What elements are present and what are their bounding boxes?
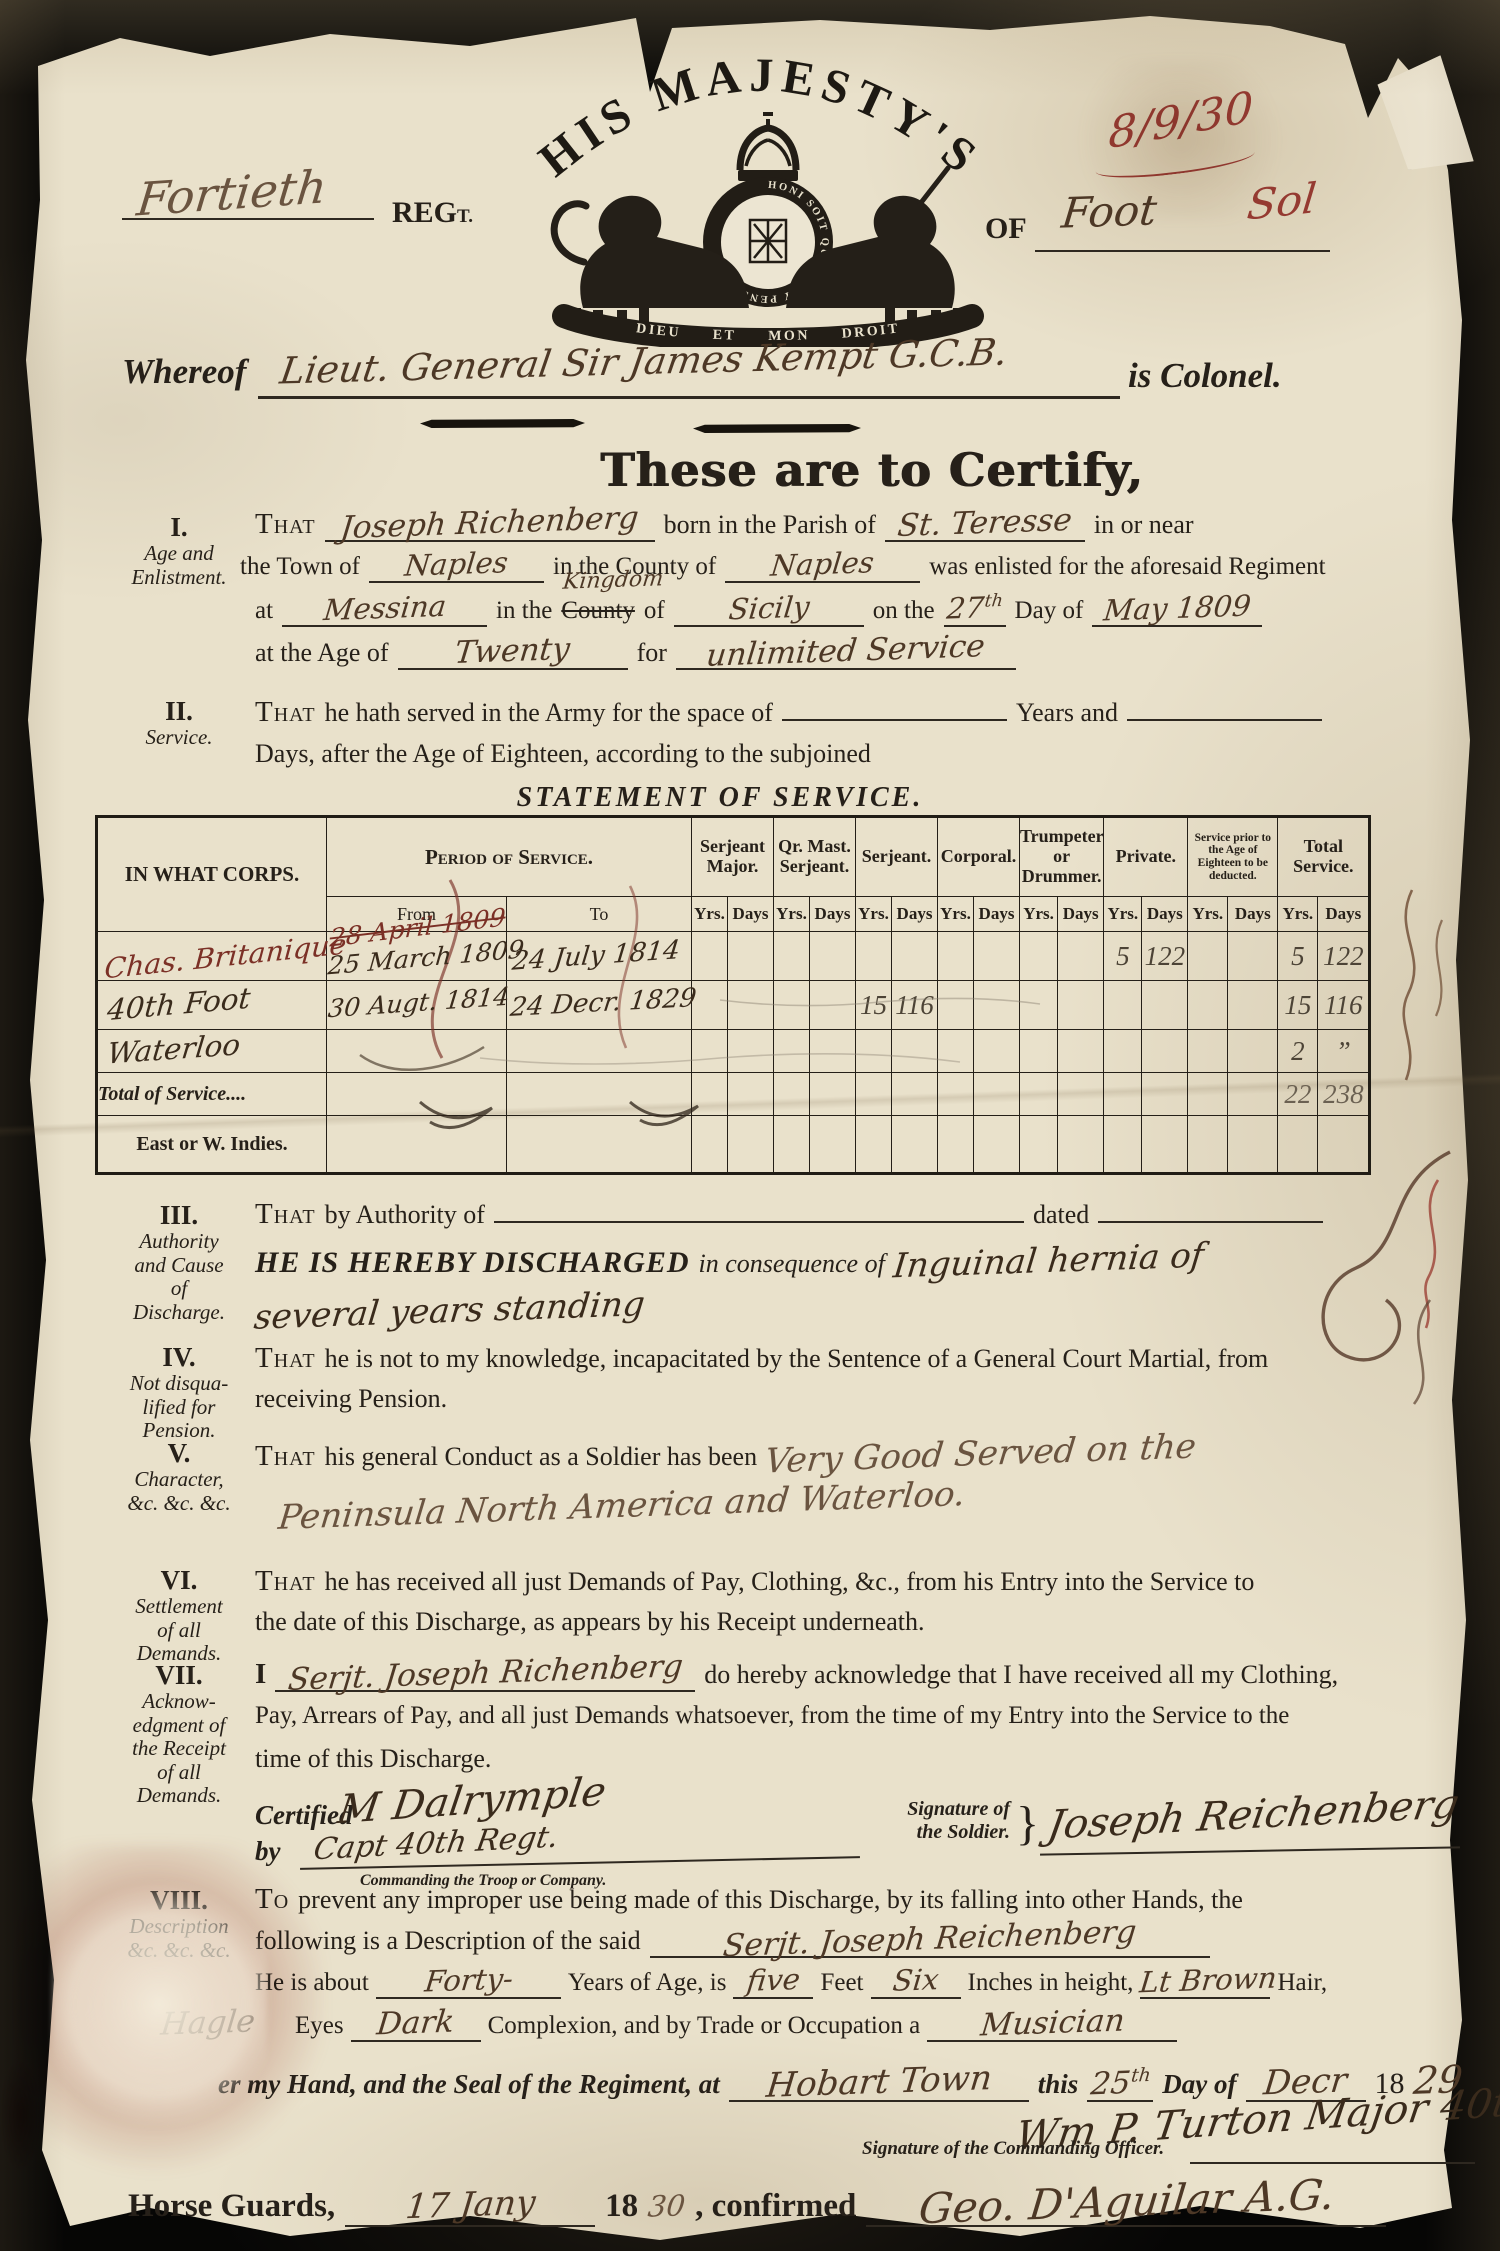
officer-signature-underline xyxy=(1190,2162,1475,2164)
total-days: ” xyxy=(1318,1030,1370,1073)
whereof-underline xyxy=(258,396,1120,399)
section-7-number: VII. xyxy=(108,1660,250,1690)
discharged-label: HE IS HEREBY DISCHARGED xyxy=(255,1246,690,1280)
soldier-signature-handwritten: Joseph Reichenberg xyxy=(1045,1785,1462,1844)
section-5-line-2: Peninsula North America and Waterloo. xyxy=(280,1490,964,1522)
age-handwritten: Twenty xyxy=(454,635,572,668)
trade-handwritten: Musician xyxy=(979,2007,1126,2041)
soldier-signature-underline xyxy=(1040,1846,1460,1855)
that-word: That xyxy=(255,1342,316,1375)
section-6-label-1: Settlement xyxy=(108,1595,250,1619)
certify-heading: These are to Certify, xyxy=(600,443,1143,497)
officer-signature-label: Signature of the Commanding Officer. xyxy=(862,2138,1164,2160)
sig-label-line-2: the Soldier. xyxy=(917,1821,1010,1843)
section-3-number: III. xyxy=(108,1200,250,1230)
empty-cell xyxy=(1142,1030,1188,1073)
grand-total-days: 238 xyxy=(1318,1073,1370,1116)
horse-guards-line: Horse Guards, 17 Jany 18 30 , confirmed … xyxy=(128,2182,1386,2227)
section-8-margin-label: VIII. Description &c. &c. &c. xyxy=(108,1885,250,1962)
described-age-handwritten: Forty- xyxy=(423,1965,514,1996)
by-authority-label: by Authority of xyxy=(325,1200,485,1230)
discharge-cause-handwritten-2: several years standing xyxy=(252,1288,646,1334)
section-1-margin-label: I. Age and Enlistment. xyxy=(108,512,250,589)
section-2-margin-label: II. Service. xyxy=(108,696,250,750)
day-of-label: Day of xyxy=(1015,597,1084,625)
years-blank xyxy=(782,719,1007,721)
corps-entry-handwritten: Waterloo xyxy=(106,1031,242,1068)
section-3-label-1: Authority xyxy=(108,1230,250,1254)
regt-label: REG T. xyxy=(392,196,473,230)
empty-cell xyxy=(1142,1116,1188,1174)
regiment-underline xyxy=(122,218,374,220)
brace: } xyxy=(1016,1796,1039,1851)
crown-icon xyxy=(738,114,798,181)
red-sol-annotation: Sol xyxy=(1245,179,1318,226)
court-martial-text: he is not to my knowledge, incapacitated… xyxy=(325,1344,1269,1374)
section-8-line-4: Hagle Eyes Dark Complexion, and by Trade… xyxy=(128,2009,1177,2042)
at-label: at xyxy=(255,597,273,625)
empty-cell xyxy=(1188,1073,1228,1116)
feet-handwritten: five xyxy=(745,1966,801,1995)
group-total-service: Total Service. xyxy=(1278,817,1370,897)
term-handwritten: unlimited Service xyxy=(705,632,986,671)
section-5-line-1: That his general Conduct as a Soldier ha… xyxy=(255,1438,1195,1473)
section-8-line-1: To prevent any improper use being made o… xyxy=(255,1883,1243,1916)
regt-main: REG xyxy=(392,196,457,230)
section-7-label-2: edgment of xyxy=(108,1714,250,1738)
colonel-name-handwritten: Lieut. General Sir James Kempt G.C.B. xyxy=(278,335,1010,389)
section-8-label-1: Description xyxy=(108,1915,250,1939)
days-header: Days xyxy=(1318,897,1370,932)
region-handwritten: Sicily xyxy=(727,593,811,623)
empty-cell xyxy=(1228,1073,1278,1116)
section-5-label-1: Character, xyxy=(108,1468,250,1492)
section-2-label-1: Service. xyxy=(108,726,250,750)
section-1-label-2: Enlistment. xyxy=(108,566,250,590)
days-header: Days xyxy=(1228,897,1278,932)
section-7-label-3: the Receipt xyxy=(108,1737,250,1761)
empty-cell xyxy=(1188,1030,1228,1073)
section-3-line-3: several years standing xyxy=(255,1295,644,1327)
empty-cell xyxy=(1188,981,1228,1030)
section-5-number: V. xyxy=(108,1438,250,1468)
empty-cell xyxy=(1188,1116,1228,1174)
he-is-about-label: He is about xyxy=(255,1969,369,1997)
group-service-prior: Service prior to the Age of Eighteen to … xyxy=(1188,817,1278,897)
subjoined-label: Days, after the Age of Eighteen, accordi… xyxy=(255,739,871,769)
section-4-line-1: That he is not to my knowledge, incapaci… xyxy=(255,1342,1268,1375)
acknowledge-name-handwritten: Serjt. Joseph Richenberg xyxy=(286,1652,684,1695)
total-of-service-label: Total of Service.... xyxy=(97,1073,327,1116)
section-1-line-2: the Town of Naples in the County of Napl… xyxy=(240,551,1326,583)
section-1-number: I. xyxy=(108,512,250,542)
section-7-line-3: time of this Discharge. xyxy=(255,1744,491,1774)
this-label: this xyxy=(1038,2069,1079,2100)
description-text-1: prevent any improper use being made of t… xyxy=(298,1885,1243,1915)
days-header: Days xyxy=(1142,897,1188,932)
parish-handwritten: St. Teresse xyxy=(896,506,1073,541)
total-days: 122 xyxy=(1318,932,1370,981)
section-8-number: VIII. xyxy=(108,1885,250,1915)
receipt-underneath-text: the date of this Discharge, as appears b… xyxy=(255,1607,925,1637)
days-blank xyxy=(1127,719,1322,721)
hg-year-prefix: 18 xyxy=(605,2188,638,2225)
in-or-near-label: in or near xyxy=(1094,510,1194,540)
yrs-header: Yrs. xyxy=(1278,897,1318,932)
section-7-line-2: Pay, Arrears of Pay, and all just Demand… xyxy=(255,1702,1289,1730)
description-name-handwritten: Serjt. Joseph Reichenberg xyxy=(722,1918,1138,1962)
town-handwritten: Naples xyxy=(404,549,510,580)
of-value-handwritten: Foot xyxy=(1060,190,1159,233)
hg-year-handwritten: 30 xyxy=(647,2192,687,2221)
section-5-margin-label: V. Character, &c. &c. &c. xyxy=(108,1438,250,1515)
red-date-annotation: 8/9/30 xyxy=(1108,87,1254,155)
that-word: That xyxy=(255,1440,316,1473)
section-6-margin-label: VI. Settlement of all Demands. xyxy=(108,1565,250,1666)
dated-label: dated xyxy=(1033,1200,1089,1230)
to-word: To xyxy=(255,1883,289,1916)
section-1-line-1: That Joseph Richenberg born in the Paris… xyxy=(255,508,1194,542)
discharge-cause-handwritten: Inguinal hernia of xyxy=(891,1240,1205,1283)
complexion-handwritten: Dark xyxy=(375,2008,455,2040)
acknowledge-text-1: do hereby acknowledge that I have receiv… xyxy=(704,1660,1338,1690)
section-6-label-2: of all xyxy=(108,1619,250,1643)
total-days: 116 xyxy=(1318,981,1370,1030)
signature-of-soldier-label: Signature of the Soldier. xyxy=(860,1798,1010,1844)
hair-label: Hair, xyxy=(1277,1969,1327,1997)
grand-total-years: 22 xyxy=(1278,1073,1318,1116)
private-days: 122 xyxy=(1142,932,1188,981)
in-consequence-label: in consequence of xyxy=(699,1249,885,1279)
seal-place-handwritten: Hobart Town xyxy=(764,2062,993,2102)
enlist-day-handwritten: 27th xyxy=(945,593,1003,623)
section-3-margin-label: III. Authority and Cause of Discharge. xyxy=(108,1200,250,1324)
inches-label: Inches in height, xyxy=(968,1969,1134,1997)
empty-cell xyxy=(1142,1073,1188,1116)
section-4-label-1: Not disqua- xyxy=(108,1372,250,1396)
whereof-label: Whereof xyxy=(122,352,246,392)
horse-guards-date-handwritten: 17 Jany xyxy=(404,2187,537,2224)
corps-header: IN WHAT CORPS. xyxy=(97,817,327,932)
years-and-label: Years and xyxy=(1016,698,1118,728)
eyes-label: Eyes xyxy=(295,2012,344,2040)
acknowledge-text-3: time of this Discharge. xyxy=(255,1744,491,1774)
that-word: That xyxy=(255,1198,316,1231)
confirm-signature-handwritten: Geo. D'Aguilar A.G. xyxy=(917,2175,1337,2229)
seal-day-of-label: Day of xyxy=(1162,2069,1236,2100)
by-label: by xyxy=(255,1836,280,1867)
horse-guards-label: Horse Guards, xyxy=(128,2188,335,2225)
age-label: at the Age of xyxy=(255,638,389,668)
section-8-line-2: following is a Description of the said S… xyxy=(255,1925,1210,1958)
section-4-label-2: lified for xyxy=(108,1396,250,1420)
empty-cell xyxy=(1228,981,1278,1030)
born-label: born in the Parish of xyxy=(664,510,876,540)
conduct-handwritten: Very Good Served on the xyxy=(763,1431,1197,1478)
section-7-line-1: I Serjt. Joseph Richenberg do hereby ack… xyxy=(255,1658,1338,1692)
regiment-number-handwritten: Fortieth xyxy=(135,166,329,223)
empty-cell xyxy=(1228,1116,1278,1174)
section-1-line-3: at Messina in the CountyKingdom of Sicil… xyxy=(255,594,1262,627)
empty-cell xyxy=(1104,1073,1142,1116)
east-west-indies-label: East or W. Indies. xyxy=(97,1116,327,1174)
section-2-line-1: That he hath served in the Army for the … xyxy=(255,696,1322,729)
section-2-line-2: Days, after the Age of Eighteen, accordi… xyxy=(255,739,871,769)
empty-cell xyxy=(1228,932,1278,981)
section-5-label-2: &c. &c. &c. xyxy=(108,1492,250,1516)
seal-day-handwritten: 25th xyxy=(1089,2067,1151,2100)
certifier-signature-handwritten: M Dalrymple xyxy=(336,1773,609,1829)
section-7-label-4: of all xyxy=(108,1761,250,1785)
conduct-handwritten-2: Peninsula North America and Waterloo. xyxy=(277,1478,967,1534)
total-years: 5 xyxy=(1278,932,1318,981)
that-word: That xyxy=(255,1565,316,1598)
divider-flourish-right xyxy=(693,424,861,433)
discharge-certificate: HIS MAJESTY'S HONI SOIT QUI MAL Y PENSE xyxy=(0,0,1500,2251)
service-space-label: he hath served in the Army for the space… xyxy=(325,698,773,728)
yrs-header: Yrs. xyxy=(1188,897,1228,932)
section-7-margin-label: VII. Acknow- edgment of the Receipt of a… xyxy=(108,1660,250,1808)
empty-cell xyxy=(1104,1030,1142,1073)
that-word: That xyxy=(255,696,316,729)
empty-cell xyxy=(1142,981,1188,1030)
enlist-place-handwritten: Messina xyxy=(322,593,447,625)
sig-label-line-1: Signature of xyxy=(907,1798,1010,1820)
receiving-pension-text: receiving Pension. xyxy=(255,1384,447,1414)
section-4-number: IV. xyxy=(108,1342,250,1372)
empty-cell xyxy=(1228,1030,1278,1073)
certifier-rank-handwritten: Capt 40th Regt. xyxy=(312,1824,561,1865)
in-the-label: in the xyxy=(496,597,552,625)
empty-cell xyxy=(1188,932,1228,981)
empty-cell xyxy=(1104,1116,1142,1174)
inches-handwritten: Six xyxy=(891,1966,940,1995)
section-6-line-2: the date of this Discharge, as appears b… xyxy=(255,1607,925,1637)
section-8-line-3: He is about Forty- Years of Age, is five… xyxy=(255,1967,1327,1999)
for-label: for xyxy=(637,638,667,668)
total-years: 2 xyxy=(1278,1030,1318,1073)
empty-cell xyxy=(1104,981,1142,1030)
on-the-label: on the xyxy=(873,597,935,625)
section-3-label-3: of xyxy=(108,1277,250,1301)
total-years: 15 xyxy=(1278,981,1318,1030)
of-word: of xyxy=(644,597,665,625)
divider-flourish-left xyxy=(420,419,585,428)
section-4-margin-label: IV. Not disqua- lified for Pension. xyxy=(108,1342,250,1443)
hair-handwritten: Lt Brown xyxy=(1139,1965,1279,1997)
section-8-label-2: &c. &c. &c. xyxy=(108,1939,250,1963)
section-1-line-4: at the Age of Twenty for unlimited Servi… xyxy=(255,637,1016,670)
section-3-line-1: That by Authority of dated xyxy=(255,1198,1323,1231)
years-of-age-label: Years of Age, is xyxy=(568,1969,727,1997)
seal-text: er my Hand, and the Seal of the Regiment… xyxy=(218,2069,720,2100)
of-label: OF xyxy=(985,212,1027,246)
section-6-line-1: That he has received all just Demands of… xyxy=(255,1565,1254,1598)
section-4-line-2: receiving Pension. xyxy=(255,1384,447,1414)
enlist-month-handwritten: May 1809 xyxy=(1102,592,1252,625)
corps-entry-handwritten: 40th Foot xyxy=(106,985,252,1025)
town-label: the Town of xyxy=(240,553,360,581)
margin-flourish xyxy=(1280,1140,1490,1420)
authority-blank xyxy=(494,1221,1024,1223)
section-3-label-2: and Cause xyxy=(108,1254,250,1278)
of-underline xyxy=(1035,250,1330,252)
group-private: Private. xyxy=(1104,817,1188,897)
section-7-label-5: Demands. xyxy=(108,1784,250,1808)
soldier-name-handwritten: Joseph Richenberg xyxy=(339,504,640,544)
conduct-label: his general Conduct as a Soldier has bee… xyxy=(325,1442,758,1472)
demands-text: he has received all just Demands of Pay,… xyxy=(325,1567,1255,1597)
feet-label: Feet xyxy=(820,1969,863,1997)
county-handwritten: Naples xyxy=(770,549,876,580)
section-7-label-1: Acknow- xyxy=(108,1690,250,1714)
regt-sup: T. xyxy=(457,206,473,228)
acknowledge-text-2: Pay, Arrears of Pay, and all just Demand… xyxy=(255,1702,1289,1730)
section-6-number: VI. xyxy=(108,1565,250,1595)
shield-icon xyxy=(750,220,786,262)
yrs-header: Yrs. xyxy=(1104,897,1142,932)
confirmed-label: , confirmed xyxy=(695,2188,856,2225)
that-word: That xyxy=(255,508,316,541)
description-text-2: following is a Description of the said xyxy=(255,1926,641,1956)
section-2-number: II. xyxy=(108,696,250,726)
section-1-label-1: Age and xyxy=(108,542,250,566)
enlisted-label: was enlisted for the aforesaid Regiment xyxy=(929,553,1325,581)
private-years: 5 xyxy=(1104,932,1142,981)
county-struck-word: CountyKingdom xyxy=(561,597,635,625)
eyes-color-handwritten: Hagle xyxy=(159,2007,256,2040)
complexion-label: Complexion, and by Trade or Occupation a xyxy=(488,2012,921,2040)
kingdom-correction-handwritten: Kingdom xyxy=(562,569,665,593)
is-colonel-label: is Colonel. xyxy=(1128,356,1282,396)
section-3-line-2: HE IS HEREBY DISCHARGED in consequence o… xyxy=(255,1245,1203,1280)
i-label: I xyxy=(255,1658,266,1691)
royal-crest-icon: HONI SOIT QUI MAL Y PENSE DIEU ET MON DR… xyxy=(488,112,1048,347)
section-3-label-4: Discharge. xyxy=(108,1301,250,1325)
statement-of-service-title: STATEMENT OF SERVICE. xyxy=(95,782,1345,814)
